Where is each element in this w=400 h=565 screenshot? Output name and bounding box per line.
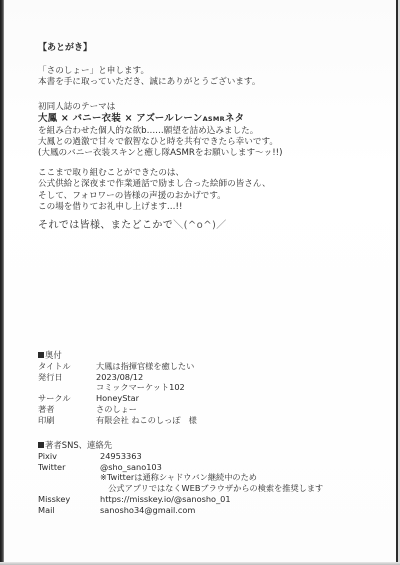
greeting-line: 「さのしょー」と申します。 — [38, 66, 260, 77]
scan-edge-left — [0, 0, 4, 565]
theme-body-line: を組み合わせた個人的な欲b……願望を詰め込みました。 — [38, 126, 282, 137]
sns-note: 公式アプリではなくWEBブラウザからの検索を推奨します — [100, 483, 323, 494]
colophon-section: 奥付 タイトル 大鳳は指揮官様を癒したい 発行日 2023/08/12 コミック… — [38, 350, 368, 426]
colophon-label: 印刷 — [38, 415, 54, 426]
theme-part2: ネタ — [225, 113, 244, 124]
colophon-value: 大鳳は指揮官様を癒したい — [96, 361, 194, 372]
sns-row: Twitter @sho_sano103 — [38, 462, 378, 473]
kaomoji: ＼(^o^)／ — [173, 220, 226, 231]
document-page: 【あとがき】 「さのしょー」と申します。 本書を手に取っていただき、誠にありがと… — [0, 0, 400, 565]
sns-section: 著者SNS、連絡先 Pixiv 24953363 Twitter @sho_sa… — [38, 440, 378, 516]
theme-part1: 大鳳 × バニー衣装 × アズールレーン — [38, 113, 203, 124]
colophon-row: サークル HoneyStar — [38, 393, 368, 404]
sns-note: ※Twitterは通称シャドウバン継続中のため — [100, 472, 257, 483]
colophon-row: 発行日 2023/08/12 — [38, 372, 368, 383]
sns-row: ※Twitterは通称シャドウバン継続中のため — [38, 472, 378, 483]
theme-body-line: 大鳳との過激で甘々で叡智なひと時を共有できたら幸いです。 — [38, 137, 282, 148]
sns-value: @sho_sano103 — [100, 462, 162, 473]
theme-asmr: ASMR — [203, 115, 225, 123]
afterword-theme: 初同人誌のテーマは 大鳳 × バニー衣装 × アズールレーンASMRネタ を組み… — [38, 102, 282, 159]
sns-row: 公式アプリではなくWEBブラウザからの検索を推奨します — [38, 483, 378, 494]
afterword-closing: それでは皆様、またどこかで＼(^o^)／ — [38, 220, 227, 231]
theme-body-line: (大鳳のバニー衣装スキンと癒し隊ASMRをお願いします～ッ!!) — [38, 148, 282, 159]
afterword-greeting: 「さのしょー」と申します。 本書を手に取っていただき、誠にありがとうございます。 — [38, 66, 260, 89]
sns-label: Misskey — [38, 494, 70, 505]
colophon-label: 発行日 — [38, 372, 63, 383]
sns-row: Mail sanosho34@gmail.com — [38, 505, 378, 516]
colophon-title: 奥付 — [38, 350, 368, 361]
colophon-label: タイトル — [38, 361, 71, 372]
colophon-label: サークル — [38, 393, 71, 404]
colophon-value: 2023/08/12 — [96, 372, 143, 383]
colophon-value: 有限会社 ねこのしっぽ 様 — [96, 415, 197, 426]
sns-value: https://misskey.io/@sanosho_01 — [100, 494, 231, 505]
thanks-line: この場を借りてお礼申し上げます…!! — [38, 202, 271, 213]
colophon-row: コミックマーケット102 — [38, 382, 368, 393]
theme-intro: 初同人誌のテーマは — [38, 102, 282, 113]
afterword-thanks: ここまで取り組むことができたのは、 公式供給と深夜まで作業通話で励まし合った絵師… — [38, 168, 271, 213]
thanks-line: そして、フォロワーの皆様の声援のおかげです。 — [38, 191, 271, 202]
thanks-line: ここまで取り組むことができたのは、 — [38, 168, 271, 179]
closing-text: それでは皆様、またどこかで — [38, 220, 173, 231]
sns-label: Twitter — [38, 462, 65, 473]
greeting-line: 本書を手に取っていただき、誠にありがとうございます。 — [38, 77, 260, 88]
colophon-label: 著者 — [38, 404, 54, 415]
colophon-row: 印刷 有限会社 ねこのしっぽ 様 — [38, 415, 368, 426]
colophon-value: コミックマーケット102 — [96, 382, 185, 393]
sns-value: sanosho34@gmail.com — [100, 505, 195, 516]
colophon-row: 著者 さのしょー — [38, 404, 368, 415]
square-bullet-icon — [38, 352, 44, 358]
theme-title: 大鳳 × バニー衣装 × アズールレーンASMRネタ — [38, 113, 282, 125]
afterword-heading: 【あとがき】 — [38, 43, 92, 54]
thanks-line: 公式供給と深夜まで作業通話で励まし合った絵師の皆さん、 — [38, 179, 271, 190]
colophon-value: HoneyStar — [96, 393, 139, 404]
sns-value: 24953363 — [100, 451, 142, 462]
sns-title: 著者SNS、連絡先 — [38, 440, 378, 451]
sns-label: Pixiv — [38, 451, 57, 462]
sns-row: Pixiv 24953363 — [38, 451, 378, 462]
colophon-row: タイトル 大鳳は指揮官様を癒したい — [38, 361, 368, 372]
square-bullet-icon — [38, 442, 44, 448]
sns-label: Mail — [38, 505, 55, 516]
colophon-value: さのしょー — [96, 404, 137, 415]
sns-row: Misskey https://misskey.io/@sanosho_01 — [38, 494, 378, 505]
